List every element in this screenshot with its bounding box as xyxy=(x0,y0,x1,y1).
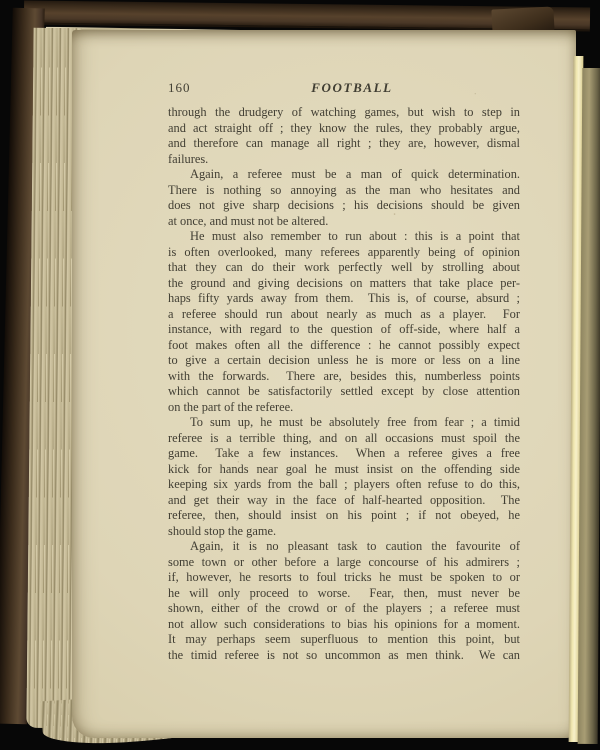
text-line: the ground and giving decisions on matte… xyxy=(168,276,520,292)
text-line: foot makes often all the difference : he… xyxy=(168,338,520,354)
text-line: a referee should run about nearly as muc… xyxy=(168,307,520,323)
text-line: and get their way in the face of half-he… xyxy=(168,493,520,509)
text-line: on the part of the referee. xyxy=(168,400,520,416)
page-number: 160 xyxy=(168,80,238,96)
text-line: not allow such considerations to bias hi… xyxy=(168,617,520,633)
paragraph: To sum up, he must be absolutely free fr… xyxy=(168,415,520,539)
text-line: through the drudgery of watching games, … xyxy=(168,105,520,121)
text-line: kick for hands near goal he must insist … xyxy=(168,462,520,478)
paragraph: Again, it is no pleasant task to caution… xyxy=(168,539,520,663)
text-line: at once, and must not be altered. xyxy=(168,214,520,230)
text-line: It may perhaps seem superfluous to menti… xyxy=(168,632,520,648)
text-line: referee is a terrible thing, and on all … xyxy=(168,431,520,447)
paragraph: through the drudgery of watching games, … xyxy=(168,105,520,167)
text-line: that they can do their work perfectly we… xyxy=(168,260,520,276)
text-line: Again, it is no pleasant task to caution… xyxy=(168,539,520,555)
running-header: FOOTBALL xyxy=(238,80,520,96)
text-line: which cannot be satisfactorily settled e… xyxy=(168,384,520,400)
text-line: He must also remember to run about : thi… xyxy=(168,229,520,245)
book-page: 160 FOOTBALL through the drudgery of wat… xyxy=(72,30,576,738)
text-line: To sum up, he must be absolutely free fr… xyxy=(168,415,520,431)
text-line: referee, then, should insist on his poin… xyxy=(168,508,520,524)
text-line: with the forwards. There are, besides th… xyxy=(168,369,520,385)
text-line: to give a certain decision unless he is … xyxy=(168,353,520,369)
scanned-book-photo: 160 FOOTBALL through the drudgery of wat… xyxy=(0,0,600,750)
paragraph: Again, a referee must be a man of quick … xyxy=(168,167,520,229)
text-line: shown, either of the crowd or of the pla… xyxy=(168,601,520,617)
text-line: is often overlooked, many referees appar… xyxy=(168,245,520,261)
text-line: and therefore can manage all right ; the… xyxy=(168,136,520,152)
page-header: 160 FOOTBALL xyxy=(168,80,520,96)
text-line: some town or other before a large concou… xyxy=(168,555,520,571)
text-line: game. Take a few instances. When a refer… xyxy=(168,446,520,462)
text-line: haps fifty yards away from them. This is… xyxy=(168,291,520,307)
text-line: failures. xyxy=(168,152,520,168)
text-line: does not give sharp decisions ; his deci… xyxy=(168,198,520,214)
text-line: he will only proceed to worse. Fear, the… xyxy=(168,586,520,602)
page-paragraphs: through the drudgery of watching games, … xyxy=(168,105,520,663)
page-content: 160 FOOTBALL through the drudgery of wat… xyxy=(168,80,520,663)
text-line: and act straight off ; they know the rul… xyxy=(168,121,520,137)
text-line: keeping six yards from the ball ; player… xyxy=(168,477,520,493)
paragraph: He must also remember to run about : thi… xyxy=(168,229,520,415)
text-line: instance, with regard to the question of… xyxy=(168,322,520,338)
text-line: Again, a referee must be a man of quick … xyxy=(168,167,520,183)
text-line: should stop the game. xyxy=(168,524,520,540)
text-line: if, however, he resorts to foul tricks h… xyxy=(168,570,520,586)
text-line: the timid referee is not so uncommon as … xyxy=(168,648,520,664)
adjacent-page-edge xyxy=(578,68,600,744)
text-line: There is nothing so annoying as the man … xyxy=(168,183,520,199)
